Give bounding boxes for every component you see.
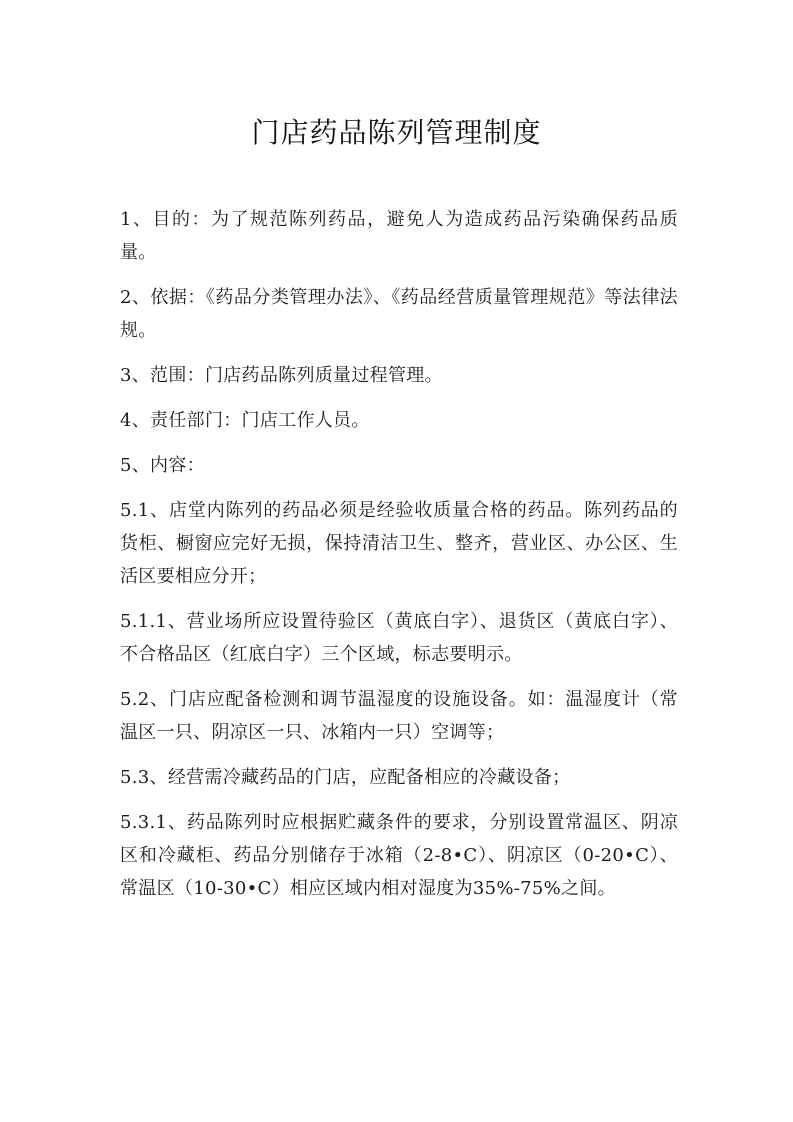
document-title: 门店药品陈列管理制度 <box>0 111 793 155</box>
section-responsible-department: 4、责任部门：门店工作人员。 <box>120 404 678 437</box>
section-5-3: 5.3、经营需冷藏药品的门店，应配备相应的冷藏设备； <box>120 761 678 794</box>
section-scope: 3、范围：门店药品陈列质量过程管理。 <box>120 359 678 392</box>
document-body: 1、目的：为了规范陈列药品，避免人为造成药品污染确保药品质量。 2、依据：《药品… <box>120 203 678 917</box>
section-basis: 2、依据：《药品分类管理办法》、《药品经营质量管理规范》等法律法规。 <box>120 281 678 347</box>
section-purpose: 1、目的：为了规范陈列药品，避免人为造成药品污染确保药品质量。 <box>120 203 678 269</box>
section-5-3-1: 5.3.1、药品陈列时应根据贮藏条件的要求，分别设置常温区、阴凉区和冷藏柜、药品… <box>120 806 678 905</box>
section-5-1-1: 5.1.1、营业场所应设置待验区（黄底白字）、退货区（黄底白字）、不合格品区（红… <box>120 605 678 671</box>
section-5-1: 5.1、店堂内陈列的药品必须是经验收质量合格的药品。陈列药品的货柜、橱窗应完好无… <box>120 494 678 593</box>
section-content-heading: 5、内容： <box>120 449 678 482</box>
document-page: 门店药品陈列管理制度 1、目的：为了规范陈列药品，避免人为造成药品污染确保药品质… <box>0 0 793 1122</box>
section-5-2: 5.2、门店应配备检测和调节温湿度的设施设备。如：温湿度计（常温区一只、阴凉区一… <box>120 683 678 749</box>
